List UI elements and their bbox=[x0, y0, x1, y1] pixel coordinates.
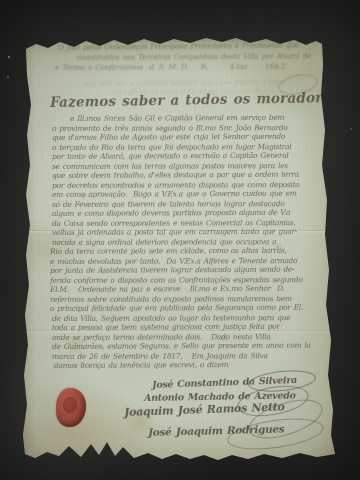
body-line: por junta de Assistencia tiverem lograr … bbox=[50, 266, 294, 275]
body-line: o principal felicidade que era publicada… bbox=[50, 304, 303, 313]
body-line: referimos sobre constituida do exposto p… bbox=[50, 295, 292, 303]
body-line: por decretos encontrados e armamento dis… bbox=[52, 181, 299, 189]
body-line: que d'armas Filho de Agosto que este cuj… bbox=[52, 133, 285, 142]
body-line: o provimento de três annos segundo o Ill… bbox=[52, 124, 288, 132]
body-line: da Caixa sendo correspondentes e nestas … bbox=[52, 219, 296, 227]
body-line: só de Fevereiro que tiverem de talento h… bbox=[52, 200, 284, 208]
body-line: onde se perfaça termo determinado dois. … bbox=[52, 333, 270, 341]
opening-line: Fazemos saber a todos os moradores deste bbox=[50, 91, 360, 110]
body-line: se communicam com las terras algumas pas… bbox=[52, 162, 288, 170]
header-line-1: O Juiz pelas Ordenanças Principaes Promo… bbox=[58, 41, 299, 51]
body-line: e Ill.mos Snr.es São Gil e Capitão Gener… bbox=[70, 114, 284, 123]
showthrough-line-1: ossa mui alta e poderosa Senhora que Deo… bbox=[82, 79, 286, 88]
body-line: necida a signa ordinal deterioro depende… bbox=[52, 238, 276, 246]
dust-speck bbox=[8, 56, 10, 58]
body-line: de dita Villa, Seguem apostado ao lugar … bbox=[52, 314, 290, 322]
body-line: e muchas devolutas por tanto. Da V.Ex.a … bbox=[50, 257, 297, 265]
header-line-2: constituidos nas Terceiras Companhias de… bbox=[77, 52, 311, 61]
closing-line: damos licença da tenência que escrevi, o… bbox=[54, 361, 228, 369]
body-line: o terçado do Rio da terra que foi despac… bbox=[52, 143, 291, 151]
photograph: O Juiz pelas Ordenanças Principaes Promo… bbox=[0, 0, 360, 480]
dust-speck bbox=[7, 76, 9, 78]
body-line: toda a pessoa que bem systema graciosa c… bbox=[52, 323, 280, 332]
body-line: El.M. Ordenante na paz e escreve Ill.mo … bbox=[50, 285, 285, 294]
body-line: algum e como dispondo deveras partidas p… bbox=[52, 209, 290, 218]
red-wax-seal bbox=[56, 388, 86, 427]
body-line: em como aprovação. Rogo a V.Ex.a que o G… bbox=[52, 190, 297, 199]
paper: O Juiz pelas Ordenanças Principaes Promo… bbox=[22, 35, 338, 461]
body-line: Rio da terra corrente pelo sete em cidad… bbox=[50, 247, 287, 256]
header-line-3: e Termo o Confirmamos d. S. M. D. R. 4.t… bbox=[55, 63, 285, 72]
date-line: marca de 26 de Setembro de 1817. Em Joaq… bbox=[52, 352, 268, 360]
dust-speck bbox=[350, 128, 352, 130]
body-line: velhas já ordenadas a posto tal que em c… bbox=[52, 228, 297, 237]
body-line: que sobre deem trabalho, d'elles destaqu… bbox=[52, 171, 299, 180]
body-line: por tanto de Alvará, que decretado o esc… bbox=[52, 152, 289, 161]
body-line: de Guimarães, estamos Seguros, e Sello q… bbox=[52, 342, 311, 351]
body-line: ferida conforme o disposto com as Confro… bbox=[50, 276, 303, 284]
